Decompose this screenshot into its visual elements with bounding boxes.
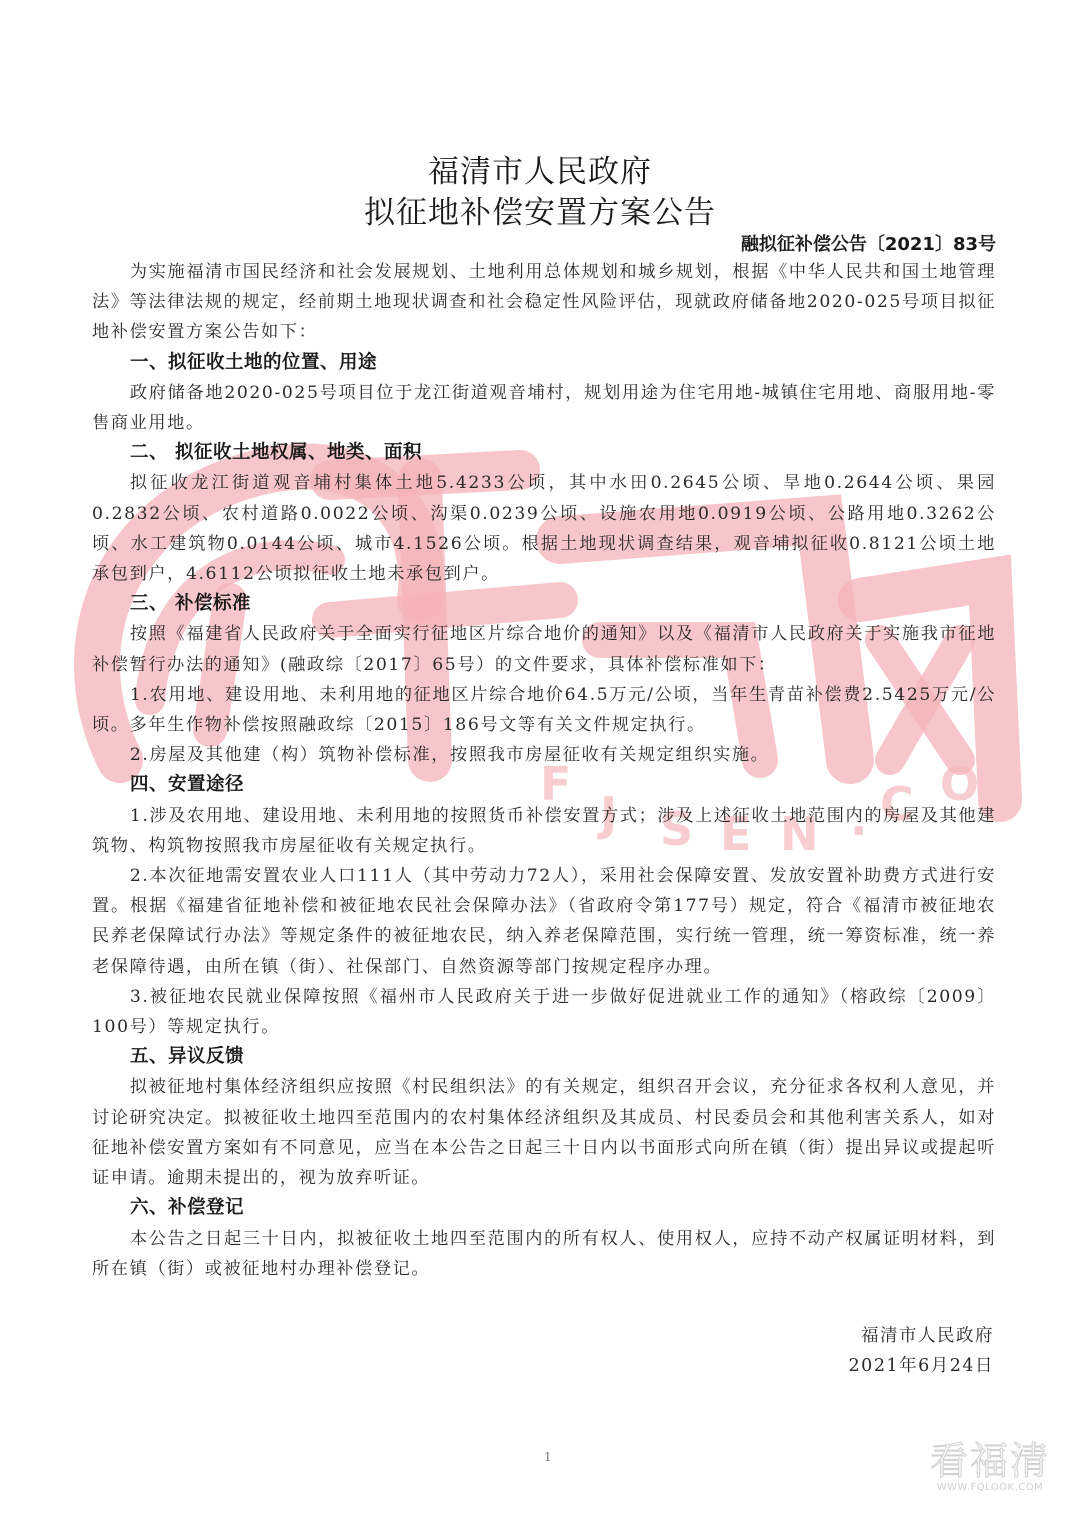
document-title-line1: 福清市人民政府 <box>0 146 1080 191</box>
section-paragraph: 1.涉及农用地、建设用地、未利用地的按照货币补偿安置方式；涉及上述征收土地范围内… <box>92 801 996 861</box>
section-paragraph: 2.本次征地需安置农业人口111人（其中劳动力72人），采用社会保障安置、发放安… <box>92 861 996 982</box>
brand-watermark: 看福清 WWW.FQLOOK.COM <box>920 1440 1060 1493</box>
section-heading-objection: 五、异议反馈 <box>92 1042 996 1072</box>
brand-watermark-url: WWW.FQLOOK.COM <box>920 1482 1060 1493</box>
signature-organization: 福清市人民政府 <box>861 1322 994 1347</box>
section-heading-ownership: 二、 拟征收土地权属、地类、面积 <box>92 438 996 468</box>
brand-watermark-cn: 看福清 <box>920 1440 1060 1482</box>
section-heading-resettlement: 四、安置途径 <box>92 770 996 800</box>
section-heading-registration: 六、补偿登记 <box>92 1193 996 1223</box>
section-paragraph: 按照《福建省人民政府关于全面实行征地区片综合地价的通知》以及《福清市人民政府关于… <box>92 619 996 679</box>
document-title-line2: 拟征地补偿安置方案公告 <box>0 187 1080 232</box>
section-paragraph: 3.被征地农民就业保障按照《福州市人民政府关于进一步做好促进就业工作的通知》（榕… <box>92 982 996 1042</box>
signature-date: 2021年6月24日 <box>849 1352 994 1377</box>
section-paragraph: 拟征收龙江街道观音埔村集体土地5.4233公顷，其中水田0.2645公顷、旱地0… <box>92 468 996 589</box>
section-heading-location: 一、拟征收土地的位置、用途 <box>92 348 996 378</box>
intro-paragraph: 为实施福清市国民经济和社会发展规划、土地利用总体规划和城乡规划，根据《中华人民共… <box>92 257 996 348</box>
document-page: 福清市人民政府 拟征地补偿安置方案公告 融拟征补偿公告〔2021〕83号 为实施… <box>0 0 1080 1526</box>
section-paragraph: 2.房屋及其他建（构）筑物补偿标准，按照我市房屋征收有关规定组织实施。 <box>92 740 996 770</box>
section-paragraph: 1.农用地、建设用地、未利用地的征地区片综合地价64.5万元/公顷，当年生青苗补… <box>92 680 996 740</box>
section-paragraph: 本公告之日起三十日内，拟被征收土地四至范围内的所有权人、使用权人，应持不动产权属… <box>92 1224 996 1284</box>
page-number: 1 <box>544 1450 552 1464</box>
section-heading-compensation: 三、 补偿标准 <box>92 589 996 619</box>
section-paragraph: 拟被征地村集体经济组织应按照《村民组织法》的有关规定，组织召开会议，充分征求各权… <box>92 1072 996 1193</box>
document-number: 融拟征补偿公告〔2021〕83号 <box>741 230 996 256</box>
section-paragraph: 政府储备地2020-025号项目位于龙江街道观音埔村，规划用途为住宅用地-城镇住… <box>92 378 996 438</box>
document-body: 为实施福清市国民经济和社会发展规划、土地利用总体规划和城乡规划，根据《中华人民共… <box>92 257 996 1284</box>
